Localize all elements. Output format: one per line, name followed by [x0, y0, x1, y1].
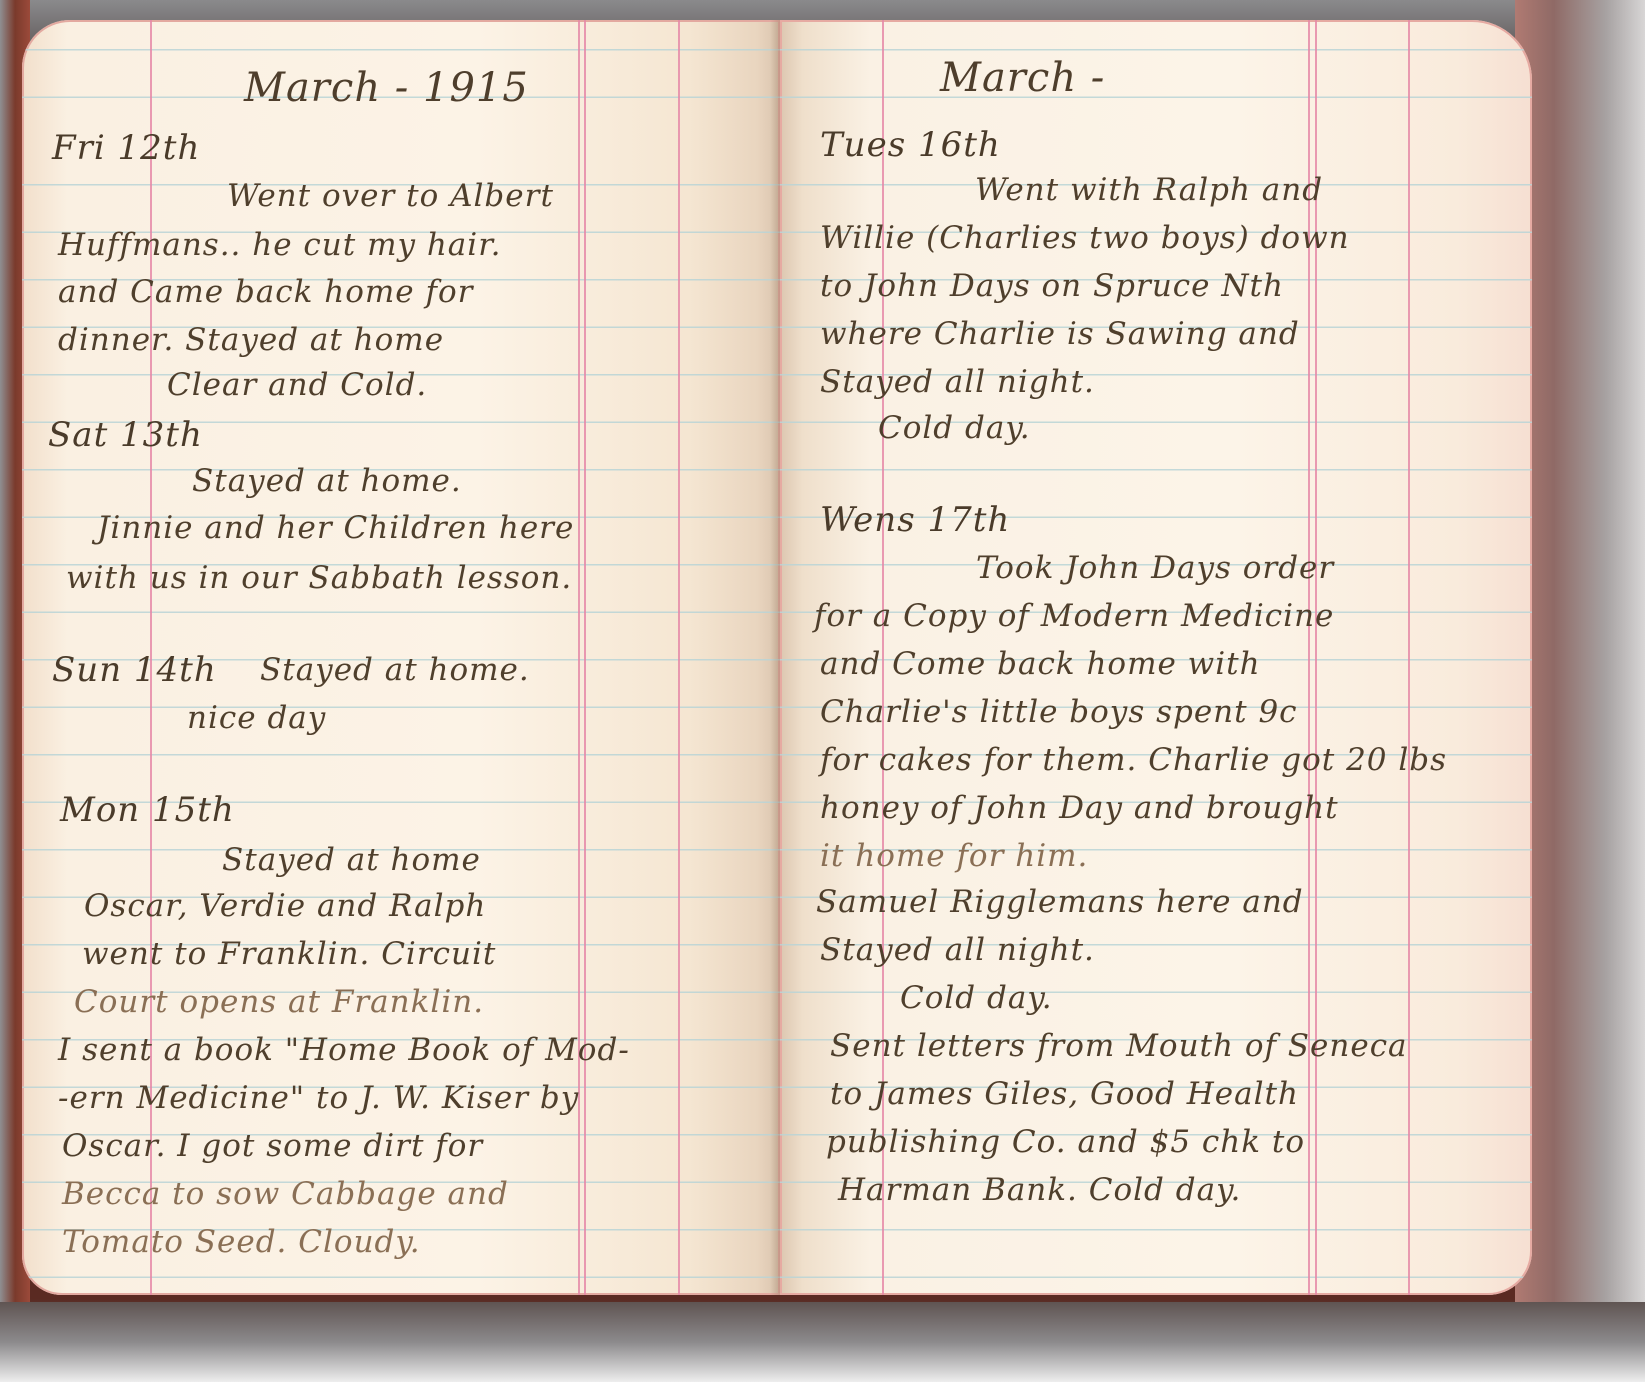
entry-line: Stayed all night. — [820, 364, 1095, 400]
entry-line: Went with Ralph and — [975, 172, 1323, 208]
entry-line: and Come back home with — [820, 646, 1261, 682]
entry-line: publishing Co. and $5 chk to — [826, 1124, 1305, 1160]
entry-line: Tomato Seed. Cloudy. — [62, 1224, 421, 1260]
entry-line: Cold day. — [900, 980, 1053, 1016]
entry-date: Mon 15th — [60, 790, 235, 830]
left-page: March - 1915 Fri 12th Went over to Alber… — [22, 20, 780, 1295]
entry-line: Charlie's little boys spent 9c — [820, 694, 1298, 730]
page-heading: March - 1915 — [244, 65, 529, 111]
margin-line-column-2 — [584, 20, 586, 1295]
entry-date: Wens 17th — [820, 500, 1010, 540]
entry-line: Huffmans.. he cut my hair. — [58, 227, 501, 263]
entry-line: Stayed at home. — [260, 652, 530, 688]
entry-line: Cold day. — [878, 410, 1031, 446]
entry-line: to John Days on Spruce Nth — [820, 268, 1284, 304]
cover-right-edge — [1515, 0, 1645, 1382]
entry-line: Samuel Rigglemans here and — [816, 884, 1304, 920]
entry-date: Sat 13th — [48, 415, 203, 455]
entry-line: honey of John Day and brought — [820, 790, 1339, 826]
entry-line: Sent letters from Mouth of Seneca — [830, 1028, 1408, 1064]
entry-line: Clear and Cold. — [167, 367, 427, 403]
entry-line: -ern Medicine" to J. W. Kiser by — [58, 1080, 579, 1116]
entry-date: Fri 12th — [52, 128, 200, 168]
page-heading: March - — [940, 55, 1105, 101]
entry-line: it home for him. — [820, 838, 1088, 874]
entry-line: Oscar. I got some dirt for — [62, 1128, 483, 1164]
entry-line: Oscar, Verdie and Ralph — [84, 888, 486, 924]
entry-line: Stayed all night. — [820, 932, 1095, 968]
entry-date: Tues 16th — [820, 125, 1001, 165]
entry-line: went to Franklin. Circuit — [82, 936, 496, 972]
entry-line: Court opens at Franklin. — [74, 984, 484, 1020]
entry-line: Becca to sow Cabbage and — [62, 1176, 509, 1212]
entry-line: Went over to Albert — [227, 178, 554, 214]
entry-line: Willie (Charlies two boys) down — [820, 220, 1350, 256]
margin-line-column-1 — [1308, 20, 1310, 1295]
entry-line: with us in our Sabbath lesson. — [66, 560, 572, 596]
entry-line: where Charlie is Sawing and — [820, 316, 1300, 352]
entry-line: Took John Days order — [976, 550, 1334, 586]
entry-line: Stayed at home — [222, 842, 481, 878]
entry-line: Stayed at home. — [192, 463, 462, 499]
margin-line-column-3 — [1408, 20, 1410, 1295]
entry-line: Jinnie and her Children here — [97, 510, 574, 546]
entry-date: Sun 14th — [52, 650, 217, 690]
margin-line-column-2 — [1315, 20, 1317, 1295]
entry-line: Harman Bank. Cold day. — [838, 1172, 1241, 1208]
margin-line-column-3 — [678, 20, 680, 1295]
entry-line: for cakes for them. Charlie got 20 lbs — [820, 742, 1447, 778]
entry-line: to James Giles, Good Health — [830, 1076, 1299, 1112]
entry-line: I sent a book "Home Book of Mod- — [58, 1032, 630, 1068]
entry-line: for a Copy of Modern Medicine — [814, 598, 1334, 634]
right-page: March - Tues 16th Went with Ralph and Wi… — [780, 20, 1532, 1295]
entry-line: nice day — [187, 700, 326, 736]
entry-line: dinner. Stayed at home — [58, 322, 444, 358]
entry-line: and Came back home for — [58, 274, 473, 310]
scanner-bottom-strip — [0, 1302, 1645, 1382]
